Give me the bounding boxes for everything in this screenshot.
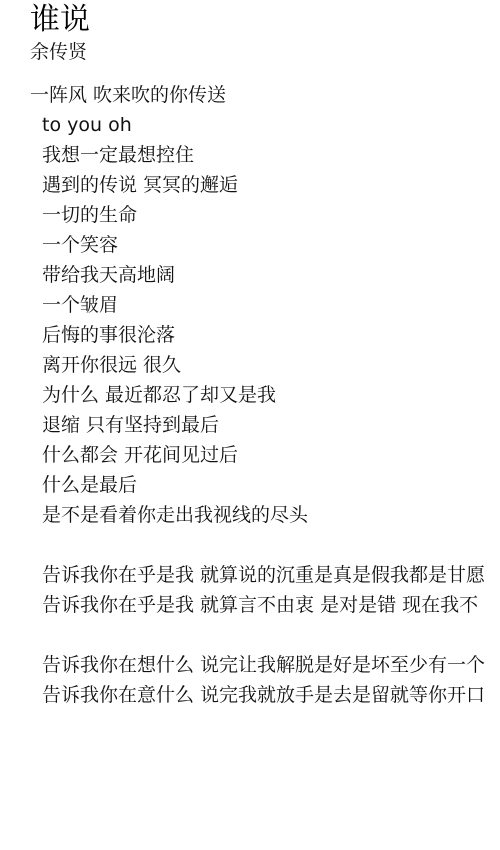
lyric-line: 退缩 只有坚持到最后 (30, 410, 500, 440)
lyric-line: 我想一定最想控住 (30, 140, 500, 170)
lyric-line: 一个笑容 (30, 230, 500, 260)
lyric-line: 一切的生命 (30, 200, 500, 230)
lyric-line: 一个皱眉 (30, 290, 500, 320)
lyric-line: 告诉我你在乎是我 就算说的沉重是真是假我都是甘愿 (30, 560, 500, 590)
lyric-line: 带给我天高地阔 (30, 260, 500, 290)
lyric-line: 告诉我你在想什么 说完让我解脱是好是坏至少有一个 (30, 650, 500, 680)
song-artist: 余传贤 (30, 40, 87, 64)
lyric-line: 什么是最后 (30, 470, 500, 500)
lyric-line: 告诉我你在意什么 说完我就放手是去是留就等你开口 (30, 680, 500, 710)
lyrics-block: 一阵风 吹来吹的你传送 to you oh 我想一定最想控住 遇到的传说 冥冥的… (30, 80, 500, 710)
lyric-line: 遇到的传说 冥冥的邂逅 (30, 170, 500, 200)
lyric-line: 一阵风 吹来吹的你传送 (30, 80, 500, 110)
lyric-line: 告诉我你在乎是我 就算言不由衷 是对是错 现在我不 (30, 590, 500, 620)
lyric-blank-line (30, 530, 500, 560)
lyric-line: 为什么 最近都忍了却又是我 (30, 380, 500, 410)
lyric-line: 什么都会 开花间见过后 (30, 440, 500, 470)
lyric-blank-line (30, 620, 500, 650)
lyric-line: to you oh (30, 110, 500, 140)
lyric-line: 是不是看着你走出我视线的尽头 (30, 500, 500, 530)
lyric-line: 后悔的事很沦落 (30, 320, 500, 350)
song-title: 谁说 (30, 2, 90, 38)
lyric-line: 离开你很远 很久 (30, 350, 500, 380)
